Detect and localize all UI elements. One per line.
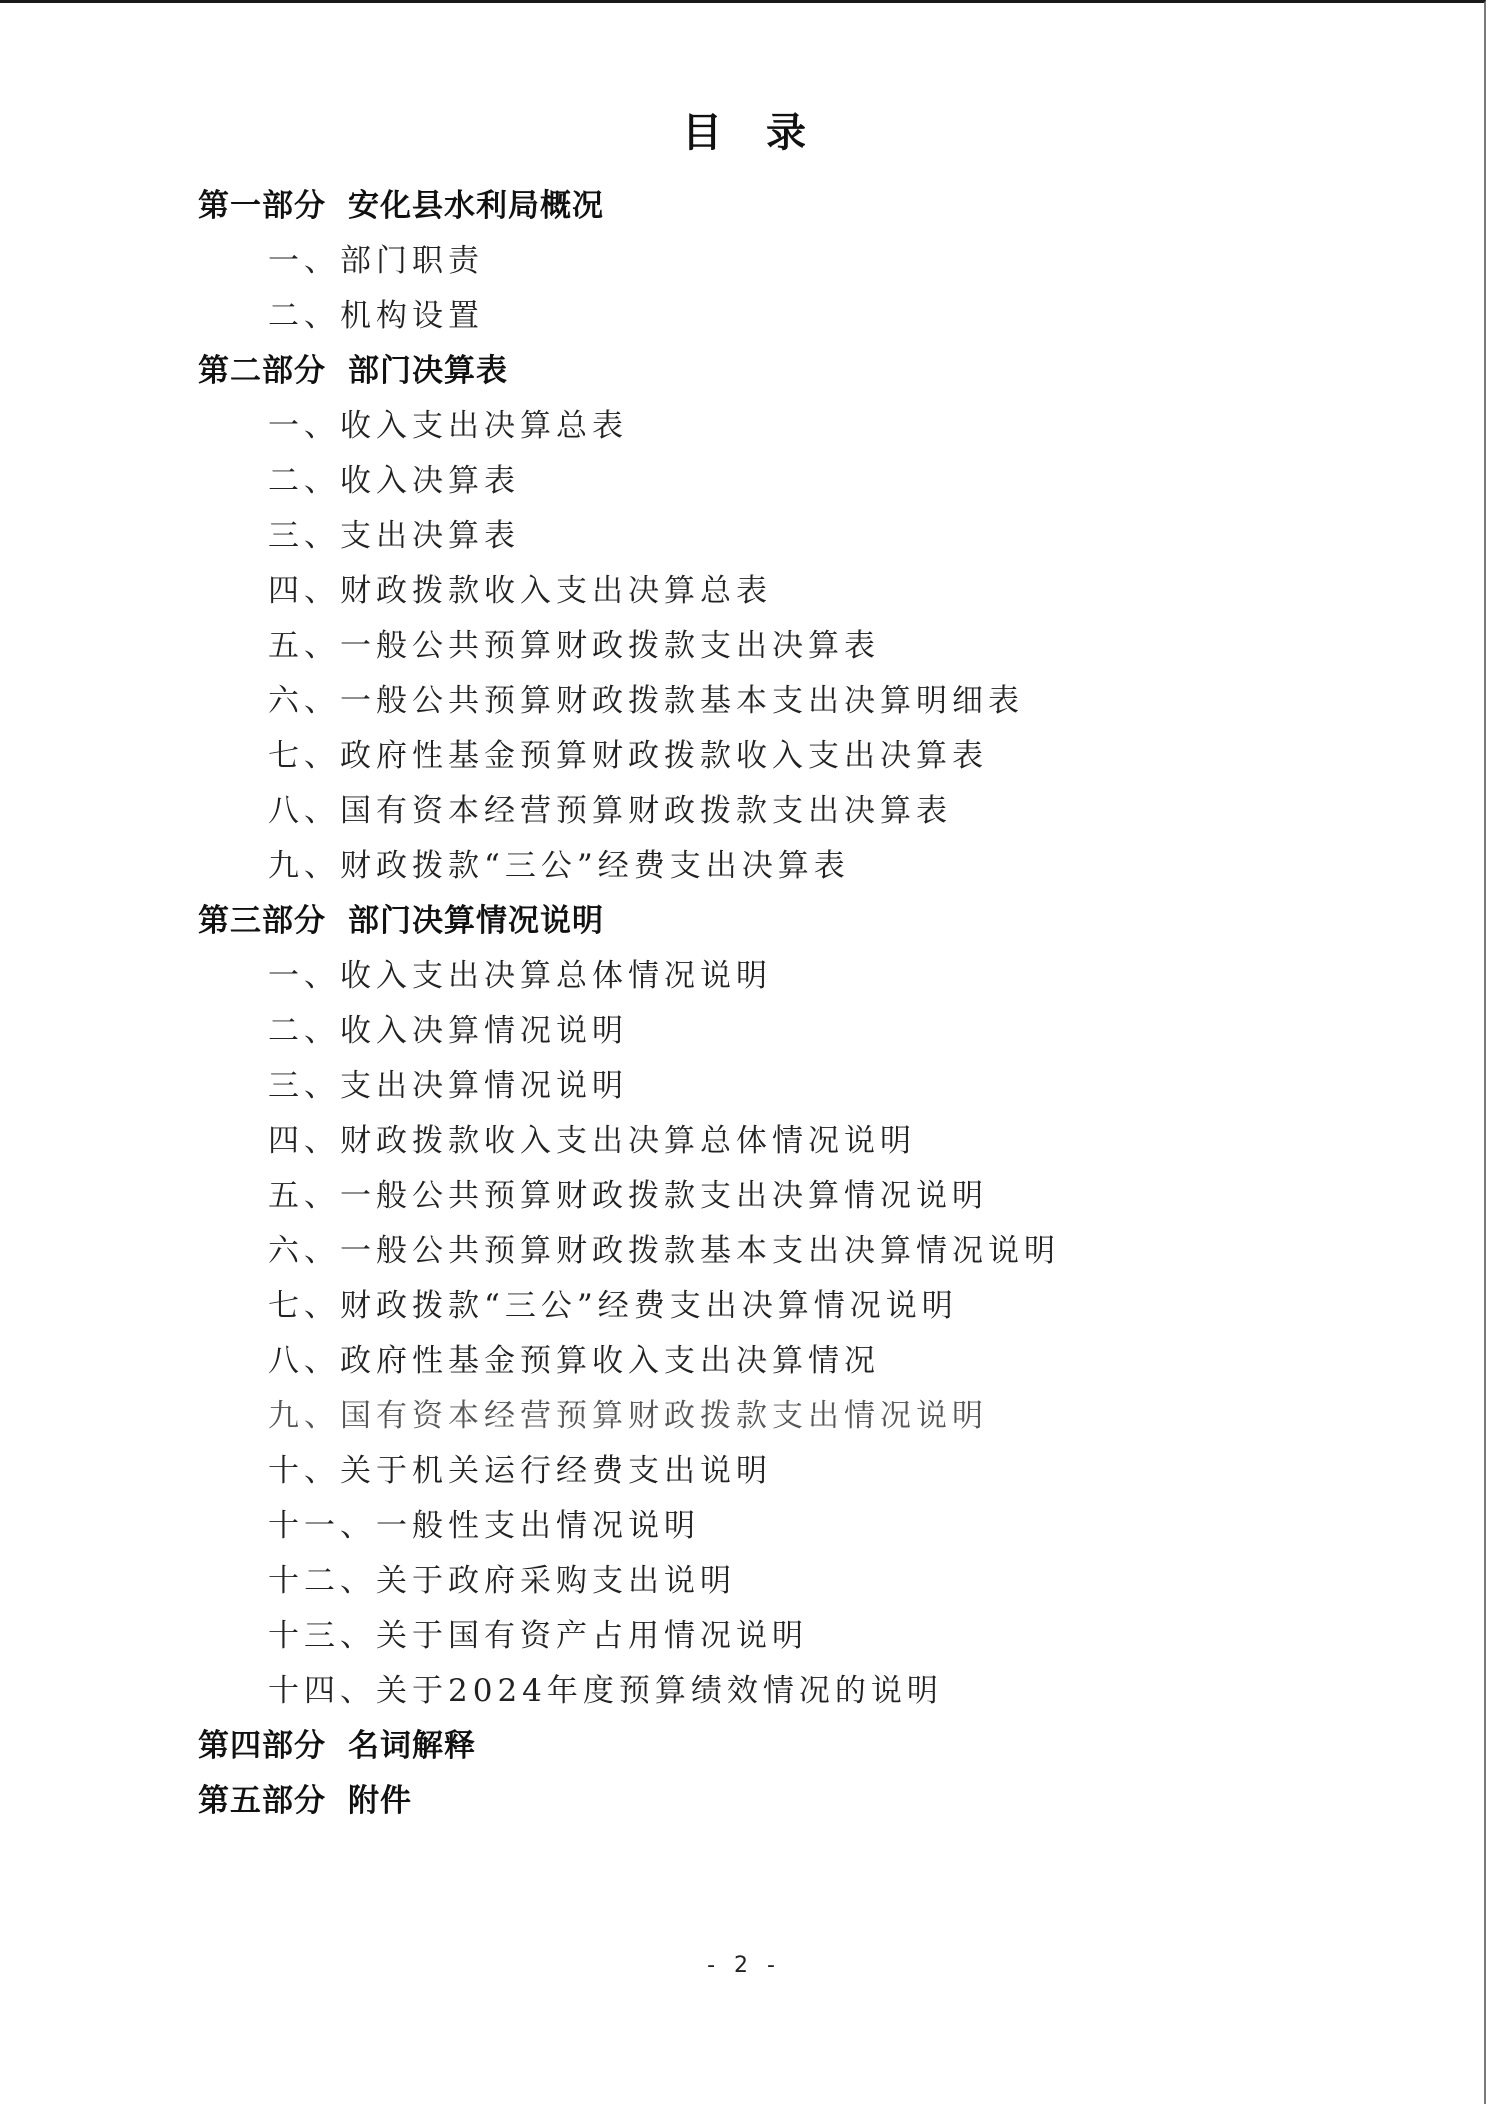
part-title: 安化县水利局概况 <box>348 188 604 224</box>
toc-item[interactable]: 二、机构设置 <box>198 289 1348 344</box>
toc-item[interactable]: 五、一般公共预算财政拨款支出决算情况说明 <box>198 1169 1348 1224</box>
toc-part-3[interactable]: 第三部分部门决算情况说明 <box>198 894 1348 949</box>
part-title: 附件 <box>348 1783 412 1819</box>
toc-item[interactable]: 六、一般公共预算财政拨款基本支出决算明细表 <box>198 674 1348 729</box>
toc-item[interactable]: 一、收入支出决算总体情况说明 <box>198 949 1348 1004</box>
toc-item[interactable]: 十、关于机关运行经费支出说明 <box>198 1444 1348 1499</box>
toc-item[interactable]: 七、政府性基金预算财政拨款收入支出决算表 <box>198 729 1348 784</box>
part-title: 部门决算表 <box>348 353 508 389</box>
toc-part-5[interactable]: 第五部分附件 <box>198 1774 1348 1829</box>
toc-item[interactable]: 三、支出决算表 <box>198 509 1348 564</box>
toc-title: 目录 <box>0 103 1488 163</box>
toc-item[interactable]: 九、财政拨款“三公”经费支出决算表 <box>198 839 1348 894</box>
toc-item[interactable]: 二、收入决算表 <box>198 454 1348 509</box>
part-number: 第四部分 <box>198 1728 326 1764</box>
toc-item[interactable]: 十三、关于国有资产占用情况说明 <box>198 1609 1348 1664</box>
toc-item[interactable]: 二、收入决算情况说明 <box>198 1004 1348 1059</box>
toc-item[interactable]: 八、国有资本经营预算财政拨款支出决算表 <box>198 784 1348 839</box>
toc-item[interactable]: 一、部门职责 <box>198 234 1348 289</box>
toc-item[interactable]: 六、一般公共预算财政拨款基本支出决算情况说明 <box>198 1224 1348 1279</box>
part-number: 第三部分 <box>198 903 326 939</box>
part-number: 第一部分 <box>198 188 326 224</box>
toc-item[interactable]: 四、财政拨款收入支出决算总体情况说明 <box>198 1114 1348 1169</box>
part-number: 第二部分 <box>198 353 326 389</box>
toc-item[interactable]: 七、财政拨款“三公”经费支出决算情况说明 <box>198 1279 1348 1334</box>
toc-item[interactable]: 十一、一般性支出情况说明 <box>198 1499 1348 1554</box>
table-of-contents: 第一部分安化县水利局概况 一、部门职责 二、机构设置 第二部分部门决算表 一、收… <box>198 179 1348 1829</box>
toc-item[interactable]: 三、支出决算情况说明 <box>198 1059 1348 1114</box>
toc-part-2[interactable]: 第二部分部门决算表 <box>198 344 1348 399</box>
part-title: 部门决算情况说明 <box>348 903 604 939</box>
toc-item[interactable]: 五、一般公共预算财政拨款支出决算表 <box>198 619 1348 674</box>
toc-item[interactable]: 十四、关于2024年度预算绩效情况的说明 <box>198 1664 1348 1719</box>
part-title: 名词解释 <box>348 1728 476 1764</box>
part-number: 第五部分 <box>198 1783 326 1819</box>
toc-item[interactable]: 四、财政拨款收入支出决算总表 <box>198 564 1348 619</box>
toc-item[interactable]: 九、国有资本经营预算财政拨款支出情况说明 <box>198 1389 1348 1444</box>
toc-part-1[interactable]: 第一部分安化县水利局概况 <box>198 179 1348 234</box>
document-page: 目录 第一部分安化县水利局概况 一、部门职责 二、机构设置 第二部分部门决算表 … <box>0 0 1486 2104</box>
toc-item[interactable]: 一、收入支出决算总表 <box>198 399 1348 454</box>
page-number: - 2 - <box>0 1953 1488 1978</box>
toc-item[interactable]: 八、政府性基金预算收入支出决算情况 <box>198 1334 1348 1389</box>
toc-item[interactable]: 十二、关于政府采购支出说明 <box>198 1554 1348 1609</box>
toc-part-4[interactable]: 第四部分名词解释 <box>198 1719 1348 1774</box>
